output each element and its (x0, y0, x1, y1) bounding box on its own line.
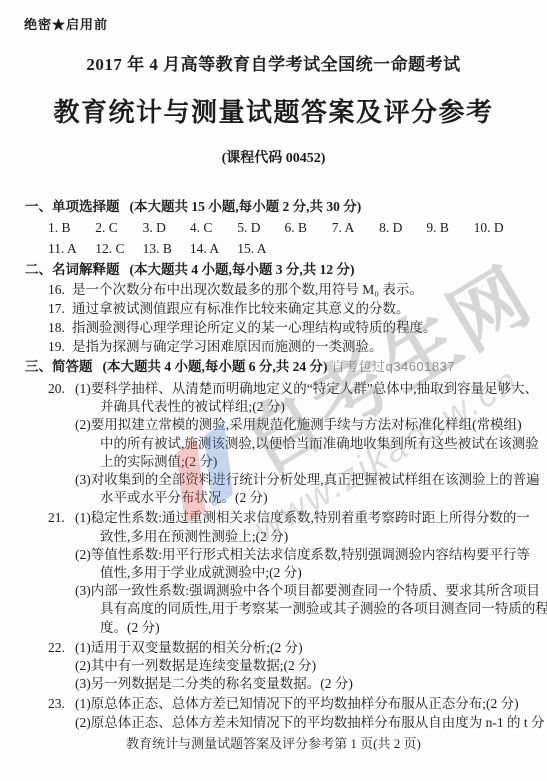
answer-line: (2)原总体正态、总体方差未知情况下的平均数抽样分布服从自由度为 n-1 的 t… (75, 714, 525, 732)
mc-answer: 1. B (48, 217, 95, 238)
answer-line: (1)稳定性系数:通过重测相关求信度系数,特别着重考察跨时距上所得分数的一 (75, 509, 525, 527)
answer-line: 度。(2 分) (75, 619, 525, 637)
item-number: 17. (48, 299, 65, 318)
definition-item-16: 16. 是一个次数分布中出现次数最多的那个数,用符号 M₀ 表示。 (25, 280, 525, 299)
mc-answer: 6. B (284, 217, 331, 238)
page-title: 教育统计与测量试题答案及评分参考 (0, 92, 547, 129)
item-number: 23. (48, 695, 65, 713)
answer-line: 水平或水平分布状况。(2 分) (75, 489, 525, 507)
item-text: 是指为探测与确定学习困难原因而施测的一类测验。 (72, 339, 383, 354)
mc-answers-row2: 11. A 12. C 13. B 14. A 15. A (25, 238, 525, 259)
answer-line: (2)等值性系数:用平行形式相关法求信度系数,特别强调测验内容结构要平行等 (75, 546, 525, 564)
item-number: 20. (48, 380, 65, 398)
page-footer: 教育统计与测量试题答案及评分参考第 1 页(共 2 页) (0, 733, 547, 752)
answer-line: (1)适用于双变量数据的相关分析;(2 分) (75, 639, 525, 657)
mc-answer: 7. A (332, 217, 379, 238)
section3-title: 三、简答题 (25, 359, 93, 374)
section2-title: 二、名词解释题 (25, 262, 120, 277)
short-answer-item-23: 23. (1)原总体正态、总体方差已知情况下的平均数抽样分布服从正态分布;(2 … (25, 695, 525, 731)
item-text: 通过拿被试测值跟应有标准作比较来确定其意义的分数。 (72, 301, 410, 316)
answer-line: 具有高度的同质性,用于考察某一测验或其子测验的各项目测查同一特质的程 (75, 600, 525, 618)
definition-item-18: 18. 指测验测得心理学理论所定义的某一心理结构或特质的程度。 (25, 318, 525, 337)
answer-line: (1)要科学抽样、从清楚而明确地定义的“特定人群”总体中,抽取到容量足够大、 (75, 380, 525, 398)
mc-answer: 15. A (237, 238, 284, 259)
answer-line: (3)对收集到的全部资料进行统计分析处理,真正把握被试样组在该测验上的普遍 (75, 471, 525, 489)
mc-answer: 3. D (143, 217, 190, 238)
mc-answer: 8. D (379, 217, 426, 238)
definition-item-17: 17. 通过拿被试测值跟应有标准作比较来确定其意义的分数。 (25, 299, 525, 318)
answer-line: (3)内部一致性系数:强调测验中各个项目都要测查同一个特质、要求其所含项目 (75, 582, 525, 600)
mc-answer: 12. C (95, 238, 142, 259)
definition-item-19: 19. 是指为探测与确定学习困难原因而施测的一类测验。 (25, 337, 525, 356)
mc-answer: 2. C (95, 217, 142, 238)
answer-line: 值性,多用于学业成就测验中;(2 分) (75, 564, 525, 582)
answer-line: 上的实际测值;(2 分) (75, 453, 525, 471)
item-text: 指测验测得心理学理论所定义的某一心理结构或特质的程度。 (72, 320, 437, 335)
mc-answer: 14. A (190, 238, 237, 259)
short-answer-item-22: 22. (1)适用于双变量数据的相关分析;(2 分) (2)其中有一列数据是连续… (25, 639, 525, 694)
short-answer-item-20: 20. (1)要科学抽样、从清楚而明确地定义的“特定人群”总体中,抽取到容量足够… (25, 380, 525, 507)
mc-answers-row1: 1. B 2. C 3. D 4. C 5. D 6. B 7. A 8. D … (25, 217, 525, 238)
section1-title: 一、单项选择题 (25, 199, 120, 214)
answer-line: 致性,多用在预测性测验上;(2 分) (75, 528, 525, 546)
classification-label: 绝密★启用前 (24, 14, 108, 33)
mc-answer: 13. B (143, 238, 190, 259)
item-number: 19. (48, 337, 65, 356)
answer-line: 并确具代表性的被试样组;(2 分) (75, 398, 525, 416)
mc-answer: 4. C (190, 217, 237, 238)
answers-content: 一、单项选择题(本大题共 15 小题,每小题 2 分,共 30 分) 1. B … (25, 196, 525, 732)
mc-answer: 11. A (48, 238, 95, 259)
course-code: (课程代码 00452) (0, 147, 547, 167)
item-number: 21. (48, 509, 65, 527)
item-text: 是一个次数分布中出现次数最多的那个数,用符号 M₀ 表示。 (72, 282, 423, 297)
section2-meta: (本大题共 4 小题,每小题 3 分,共 12 分) (130, 262, 355, 277)
short-answer-item-21: 21. (1)稳定性系数:通过重测相关求信度系数,特别着重考察跨时距上所得分数的… (25, 509, 525, 636)
watermark-qq-note: 自考包过q34601837 (332, 359, 456, 374)
answer-line: (2)其中有一列数据是连续变量数据;(2 分) (75, 657, 525, 675)
mc-answer: 5. D (237, 217, 284, 238)
exam-answer-page: 自考生网 www.zikaosw.cn 绝密★启用前 2017 年 4 月高等教… (0, 0, 547, 781)
answer-line: 中的所有被试,施测该测验,以便恰当而准确地收集到所有这些被试在该测验 (75, 435, 525, 453)
item-number: 16. (48, 280, 65, 299)
mc-answer: 10. D (474, 217, 521, 238)
section1-heading: 一、单项选择题(本大题共 15 小题,每小题 2 分,共 30 分) (25, 196, 525, 217)
answer-line: (2)要用拟建立常模的测验,采用规范化施测手续与方法对标准化样组(常模组) (75, 416, 525, 434)
section2-heading: 二、名词解释题(本大题共 4 小题,每小题 3 分,共 12 分) (25, 259, 525, 280)
item-number: 18. (48, 318, 65, 337)
answer-line: (1)原总体正态、总体方差已知情况下的平均数抽样分布服从正态分布;(2 分) (75, 695, 525, 713)
item-number: 22. (48, 639, 65, 657)
mc-answer: 9. B (426, 217, 473, 238)
section3-meta: (本大题共 4 小题,每小题 6 分,共 24 分) (103, 359, 328, 374)
answer-line: (3)另一列数据是二分类的称名变量数据。(2 分) (75, 675, 525, 693)
section1-meta: (本大题共 15 小题,每小题 2 分,共 30 分) (130, 199, 362, 214)
exam-session-title: 2017 年 4 月高等教育自学考试全国统一命题考试 (0, 50, 547, 75)
section3-heading: 三、简答题(本大题共 4 小题,每小题 6 分,共 24 分)自考包过q3460… (25, 356, 525, 377)
